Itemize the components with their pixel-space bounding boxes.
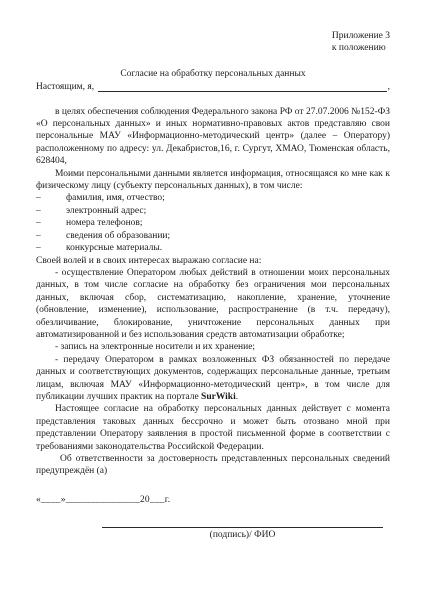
list-item-text: фамилия, имя, отчество; <box>66 192 165 204</box>
consent-recording-paragraph: - запись на электронные носители и их хр… <box>36 341 390 353</box>
list-item-text: сведения об образовании; <box>66 230 170 242</box>
signature-line <box>102 527 383 528</box>
list-dash-marker: – <box>36 192 66 204</box>
signature-block: (подпись)/ ФИО <box>102 527 383 541</box>
date-blank-line: «____»_______________20___г. <box>36 494 390 506</box>
opening-line: Настоящим, я, , <box>36 81 390 93</box>
document-page: Приложение 3 к положению Согласие на обр… <box>0 0 424 600</box>
list-item: – электронный адрес; <box>36 205 390 217</box>
opening-prefix: Настоящим, я, <box>36 81 94 93</box>
appendix-line-1: Приложение 3 <box>332 30 390 42</box>
signature-caption: (подпись)/ ФИО <box>102 529 383 541</box>
personal-data-list: – фамилия, имя, отчество; – электронный … <box>36 192 390 254</box>
consent-intro: Своей волей и в своих интересах выражаю … <box>36 255 390 267</box>
portal-name: SurWiki <box>201 392 236 402</box>
validity-paragraph: Настоящее согласие на обработку персонал… <box>36 403 390 453</box>
appendix-note: Приложение 3 к положению <box>332 30 390 55</box>
consent-transfer-period: . <box>236 392 238 402</box>
data-definition-paragraph: Моими персональными данными является инф… <box>36 168 390 193</box>
appendix-line-2: к положению <box>332 42 390 54</box>
document-title: Согласие на обработку персональных данны… <box>36 68 390 80</box>
consent-processing-paragraph: - осуществление Оператором любых действи… <box>36 267 390 341</box>
responsibility-paragraph: Об ответственности за достоверность пред… <box>36 453 390 478</box>
list-item: – сведения об образовании; <box>36 230 390 242</box>
list-dash-marker: – <box>36 217 66 229</box>
list-dash-marker: – <box>36 205 66 217</box>
list-item-text: номера телефонов; <box>66 217 143 229</box>
list-item: – фамилия, имя, отчество; <box>36 192 390 204</box>
list-item: – номера телефонов; <box>36 217 390 229</box>
list-dash-marker: – <box>36 242 66 254</box>
opening-suffix: , <box>388 81 390 93</box>
name-blank-line <box>98 90 386 92</box>
list-item-text: электронный адрес; <box>66 205 146 217</box>
list-dash-marker: – <box>36 230 66 242</box>
list-item: – конкурсные материалы. <box>36 242 390 254</box>
list-item-text: конкурсные материалы. <box>66 242 162 254</box>
consent-transfer-paragraph: - передачу Оператором в рамках возложенн… <box>36 354 390 404</box>
intro-paragraph: в целях обеспечения соблюдения Федеральн… <box>36 106 390 168</box>
